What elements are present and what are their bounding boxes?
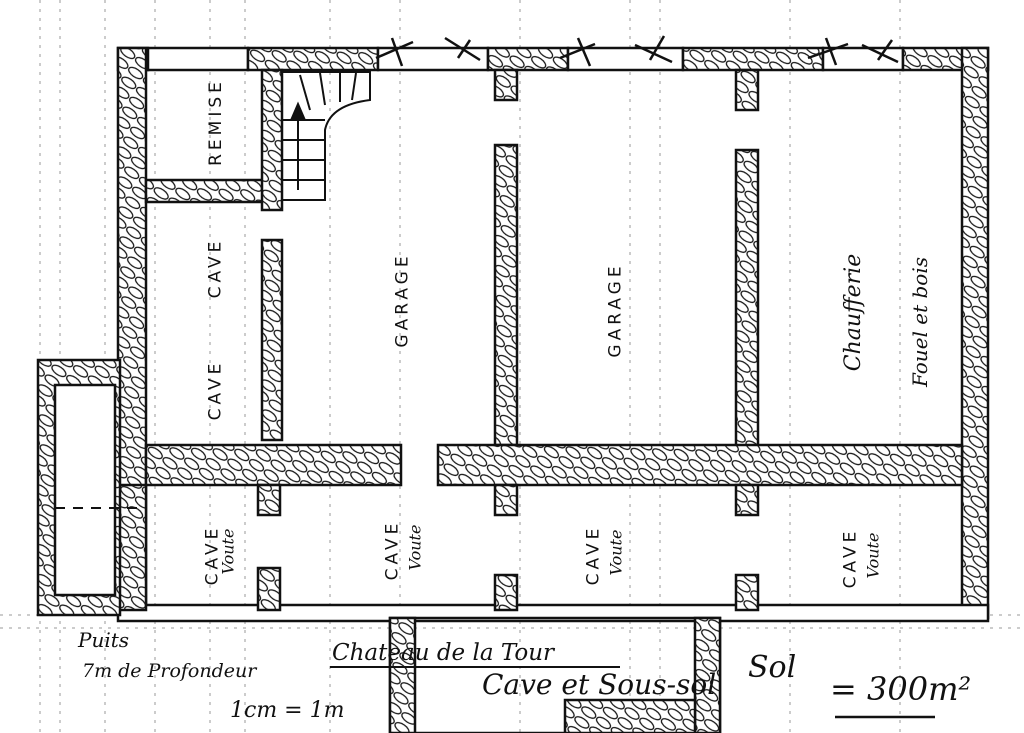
room-chaufferie-label: Chaufferie	[841, 254, 866, 371]
room-cave-2-label: CAVE	[205, 360, 225, 421]
floor-plan	[0, 0, 1024, 733]
scale-label: 1cm = 1m	[230, 698, 344, 723]
well-depth-label: 7m de Profondeur	[82, 660, 256, 682]
plan-subtitle: Cave et Sous-sol	[482, 668, 716, 701]
room-cave-voute-3-label: CAVE	[583, 525, 603, 586]
room-cave-1-label: CAVE	[205, 238, 225, 299]
room-garage-1-label: GARAGE	[393, 252, 413, 347]
area-label: Sol	[748, 650, 796, 685]
room-cave-voute-2-label: CAVE	[382, 520, 402, 581]
well-label: Puits	[78, 628, 129, 652]
room-cave-voute-1-sublabel: Voute	[218, 529, 237, 575]
room-garage-2-label: GARAGE	[606, 262, 626, 357]
room-cave-voute-2-sublabel: Voute	[405, 525, 424, 571]
staircase	[282, 72, 370, 200]
room-cave-voute-3-sublabel: Voute	[606, 530, 625, 576]
area-value: = 300m²	[830, 670, 971, 708]
walls	[38, 48, 988, 733]
plan-title: Chateau de la Tour	[332, 640, 554, 666]
room-cave-voute-4-sublabel: Voute	[863, 533, 882, 579]
room-chaufferie-sublabel: Fouel et bois	[908, 257, 932, 387]
room-cave-voute-4-label: CAVE	[840, 528, 860, 589]
room-remise-label: REMISE	[206, 78, 226, 166]
